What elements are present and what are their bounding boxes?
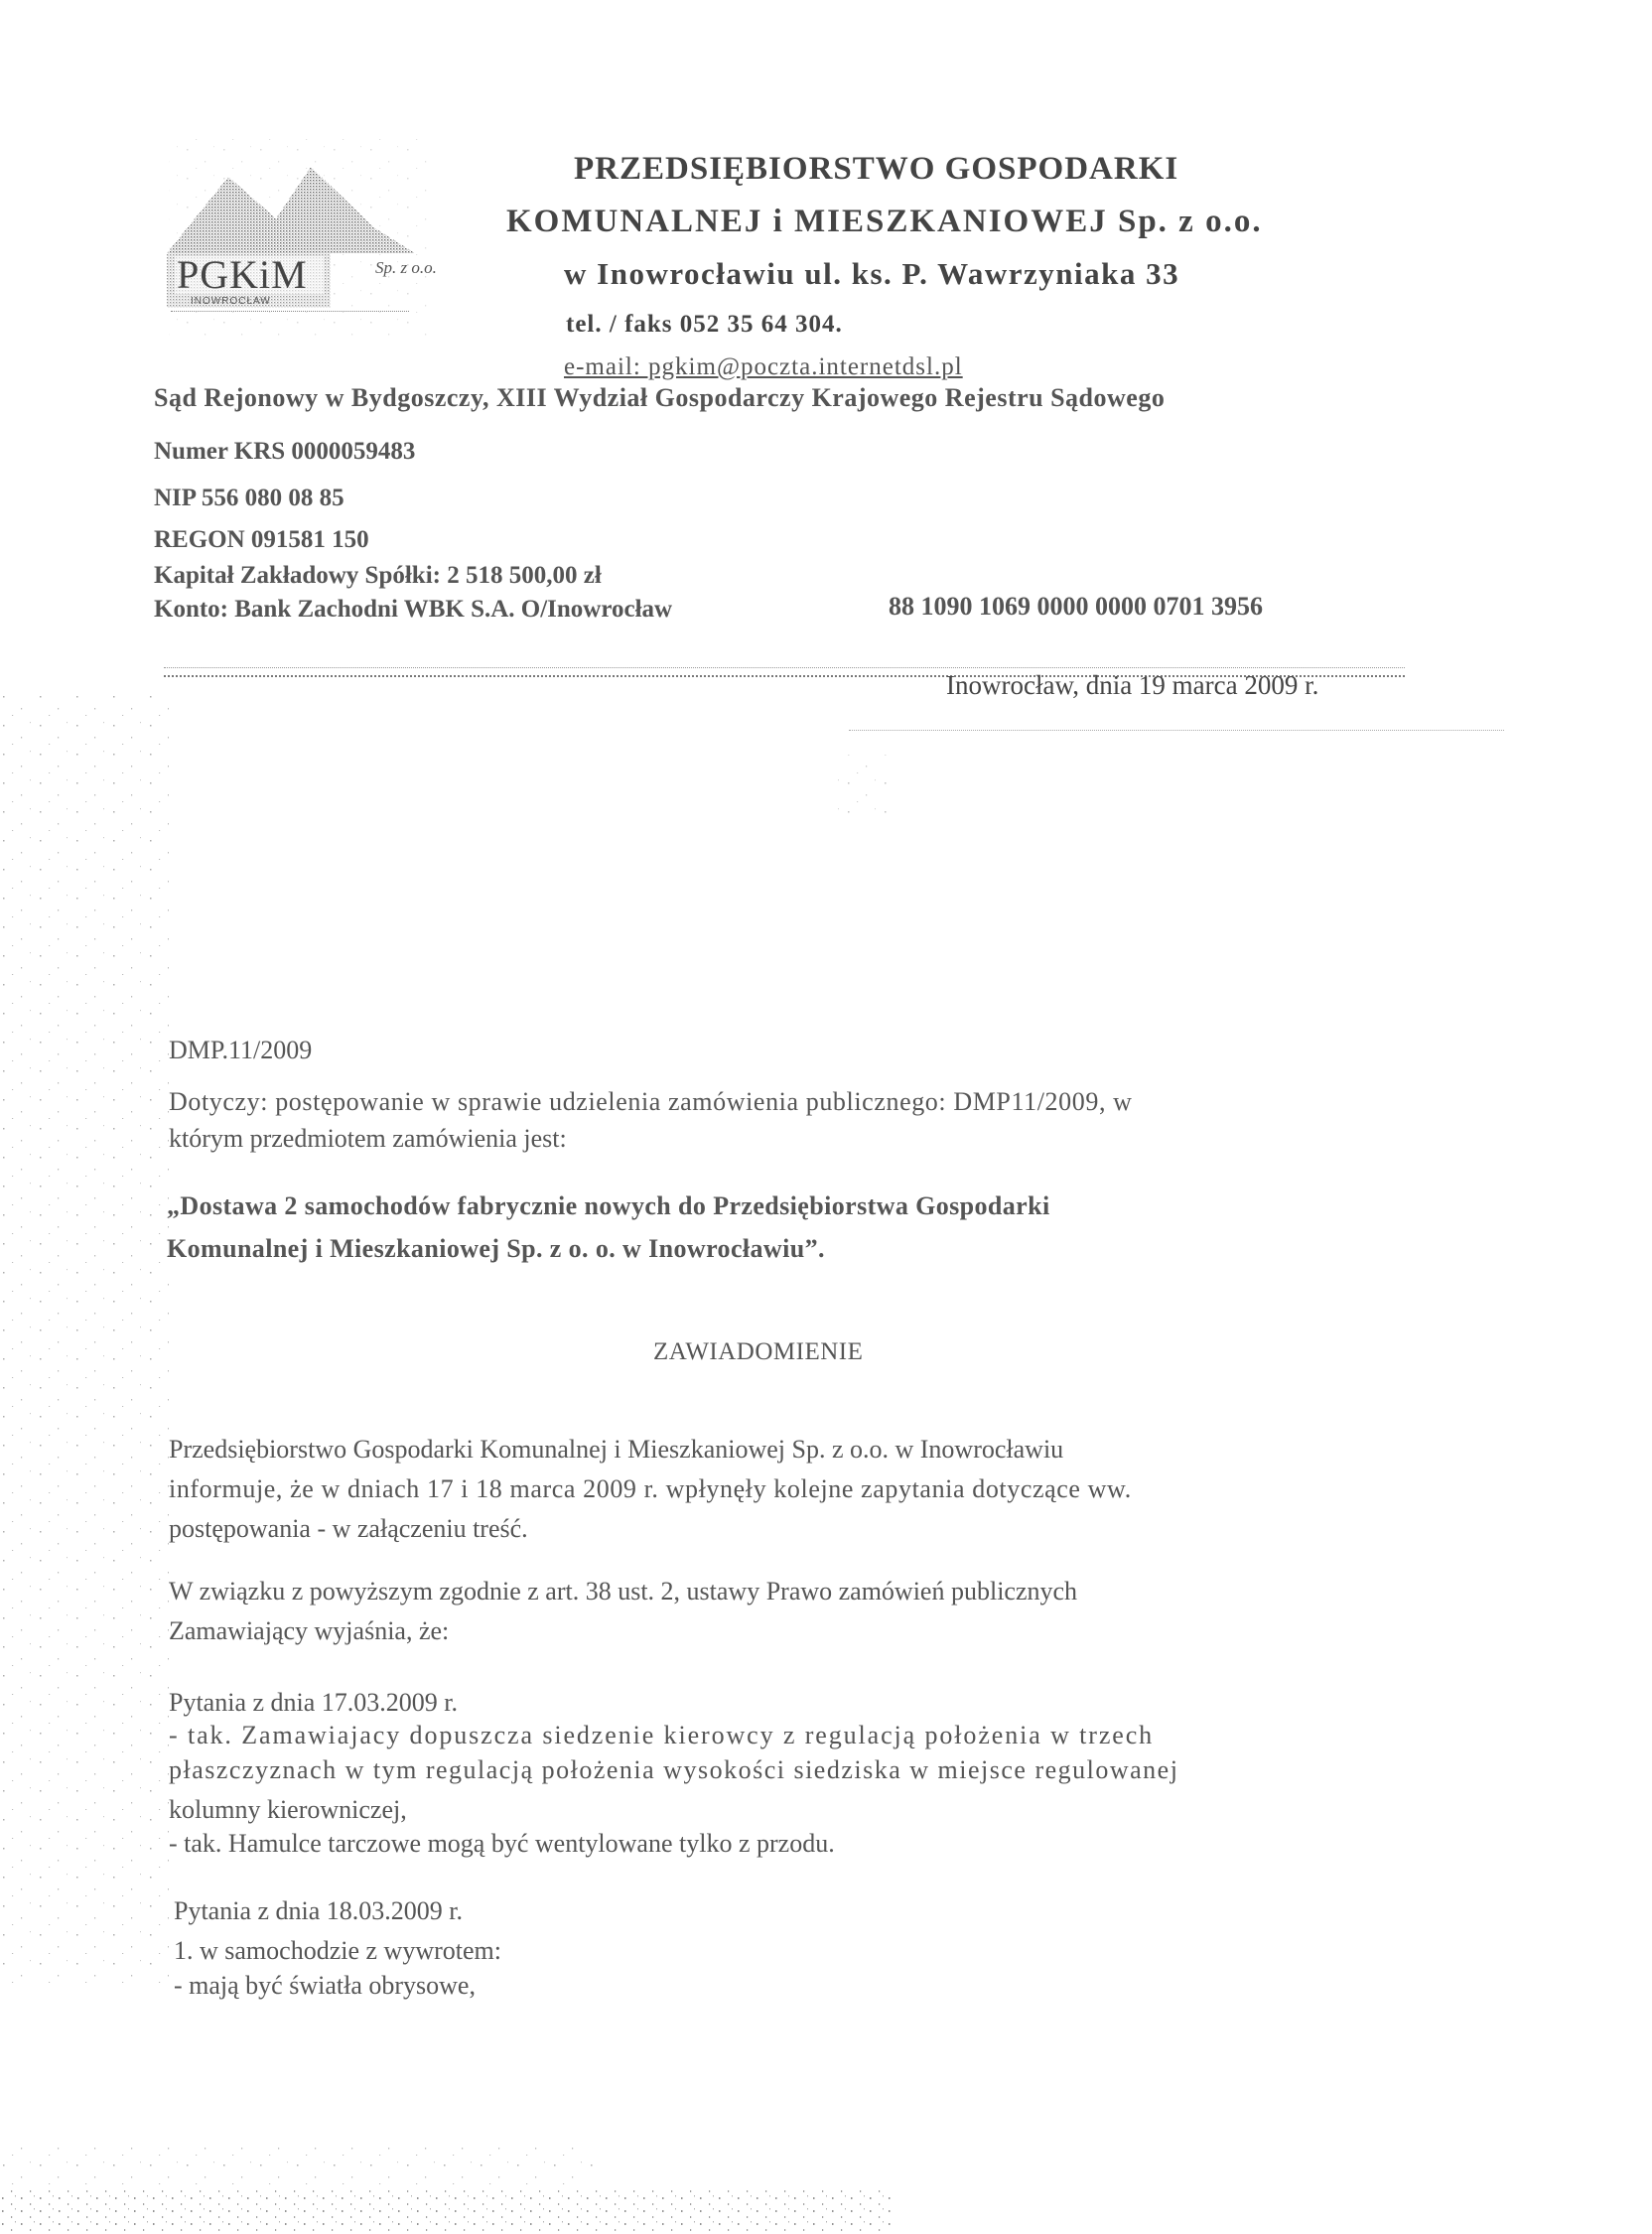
logo-subtext: INOWROCŁAW — [191, 296, 271, 307]
paragraph-1-line-3: postępowania - w załączeniu treść. — [169, 1514, 528, 1544]
company-logo: PGKiM INOWROCŁAW — [167, 159, 425, 323]
logo-divider — [171, 311, 409, 312]
court-registration: Sąd Rejonowy w Bydgoszczy, XIII Wydział … — [154, 383, 1165, 413]
regon-number: REGON 091581 150 — [154, 526, 369, 554]
header-divider-top — [164, 667, 1405, 668]
document-title: ZAWIADOMIENIE — [653, 1338, 863, 1366]
questions-1-line-1: - tak. Zamawiajacy dopuszcza siedzenie k… — [169, 1721, 1154, 1750]
bank-account-label: Konto: Bank Zachodni WBK S.A. O/Inowrocł… — [154, 596, 672, 624]
regarding-line-1: Dotyczy: postępowanie w sprawie udzielen… — [169, 1087, 1133, 1117]
company-name-line-1: PRZEDSIĘBIORSTWO GOSPODARKI — [574, 151, 1178, 188]
questions-1-line-3: kolumny kierowniczej, — [169, 1795, 407, 1825]
krs-number: Numer KRS 0000059483 — [154, 438, 415, 466]
regarding-line-2: którym przedmiotem zamówienia jest: — [169, 1124, 567, 1154]
scanned-letter-page: PGKiM INOWROCŁAW Sp. z o.o. PRZEDSIĘBIOR… — [0, 0, 1652, 2234]
bank-account-number: 88 1090 1069 0000 0000 0701 3956 — [889, 592, 1263, 622]
questions-2-line-2: - mają być światła obrysowe, — [174, 1971, 476, 2001]
nip-number: NIP 556 080 08 85 — [154, 485, 344, 512]
paragraph-1-line-1: Przedsiębiorstwo Gospodarki Komunalnej i… — [169, 1435, 1063, 1465]
questions-1-line-4: - tak. Hamulce tarczowe mogą być wentylo… — [169, 1829, 835, 1859]
questions-2-line-1: 1. w samochodzie z wywrotem: — [174, 1936, 501, 1966]
date-underline — [849, 730, 1504, 731]
questions-2-heading: Pytania z dnia 18.03.2009 r. — [174, 1896, 463, 1926]
questions-1-heading: Pytania z dnia 17.03.2009 r. — [169, 1688, 458, 1718]
reference-number: DMP.11/2009 — [169, 1036, 312, 1065]
company-phone: tel. / faks 052 35 64 304. — [566, 311, 843, 339]
logo-text: PGKiM — [177, 252, 308, 297]
letter-date: Inowrocław, dnia 19 marca 2009 r. — [946, 670, 1318, 701]
questions-1-line-2: płaszczyznach w tym regulacją położenia … — [169, 1755, 1178, 1785]
paragraph-1-line-2: informuje, że w dniach 17 i 18 marca 200… — [169, 1474, 1132, 1504]
paragraph-2-line-1: W związku z powyższym zgodnie z art. 38 … — [169, 1577, 1077, 1606]
paragraph-2-line-2: Zamawiający wyjaśnia, że: — [169, 1616, 449, 1646]
company-email-link[interactable]: e-mail: pgkim@poczta.internetdsl.pl — [564, 353, 963, 381]
subject-line-1: „Dostawa 2 samochodów fabrycznie nowych … — [167, 1191, 1050, 1221]
company-address: w Inowrocławiu ul. ks. P. Wawrzyniaka 33 — [564, 256, 1179, 292]
logo-suffix: Sp. z o.o. — [375, 258, 437, 278]
company-name-line-2: KOMUNALNEJ i MIESZKANIOWEJ Sp. z o.o. — [506, 204, 1263, 240]
share-capital: Kapitał Zakładowy Spółki: 2 518 500,00 z… — [154, 562, 602, 590]
subject-line-2: Komunalnej i Mieszkaniowej Sp. z o. o. w… — [167, 1234, 825, 1264]
mountains-logo-icon: PGKiM INOWROCŁAW — [167, 159, 425, 323]
